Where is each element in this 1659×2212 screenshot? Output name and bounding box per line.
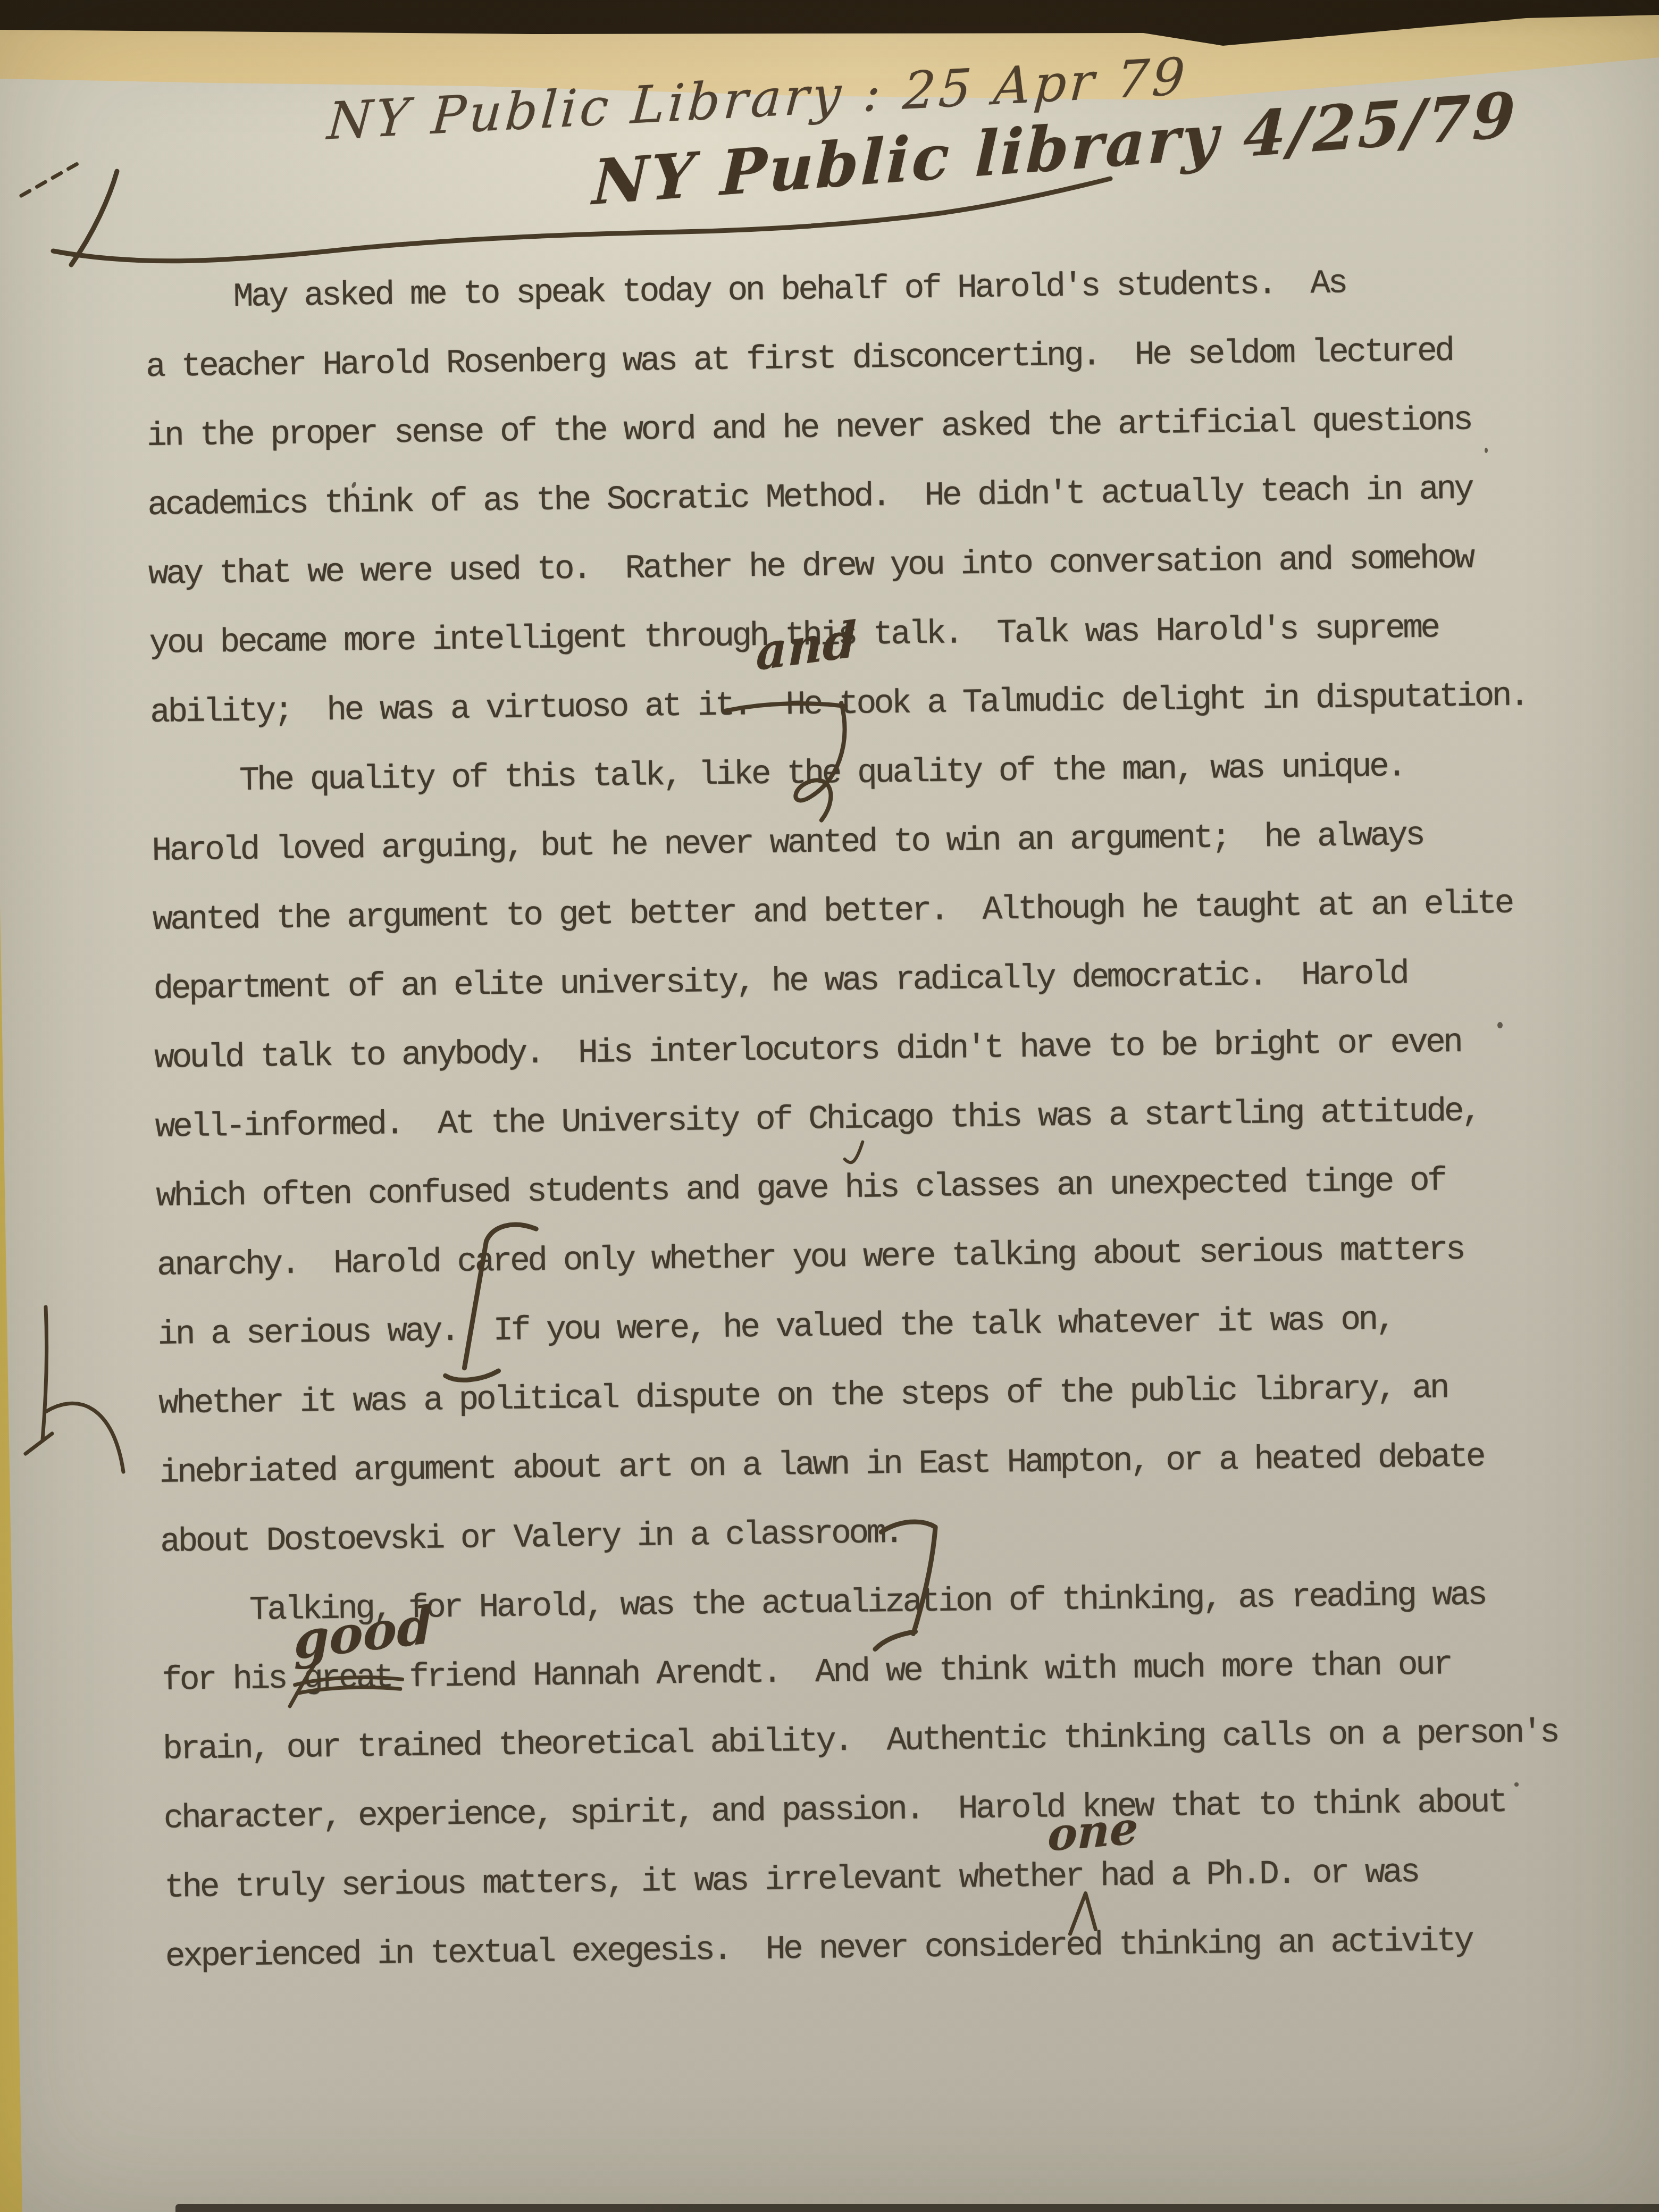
insertion-caret-mark [1070,1893,1096,1934]
photographed-typescript-page: { "photo": { "palette": { "paper": "#c9c… [0,0,1659,2212]
pen-edits-layer [145,246,1613,2045]
margin-squiggle-mark [26,1307,123,1472]
strikethrough-great-mark [295,1677,403,1694]
tick-above-his-mark [844,1142,862,1163]
handwritten-insert-good: good [294,1599,433,1667]
strikethrough-he-loop-mark [794,703,845,820]
handwritten-insert-and: and [756,615,857,677]
close-bracket-mark [874,1522,937,1649]
page-number-dash-mark [21,161,83,196]
handwritten-insert-one: one [1047,1805,1138,1857]
paper-speck [1514,1782,1519,1787]
paper-speck [1497,1022,1503,1028]
paper-speck [1485,448,1488,453]
typed-page-text: May asked me to speak today on behalf of… [145,246,1613,2072]
strikethrough-he-mark [725,703,845,711]
open-bracket-mark [443,1225,538,1380]
page-number-slash-mark [71,171,117,265]
